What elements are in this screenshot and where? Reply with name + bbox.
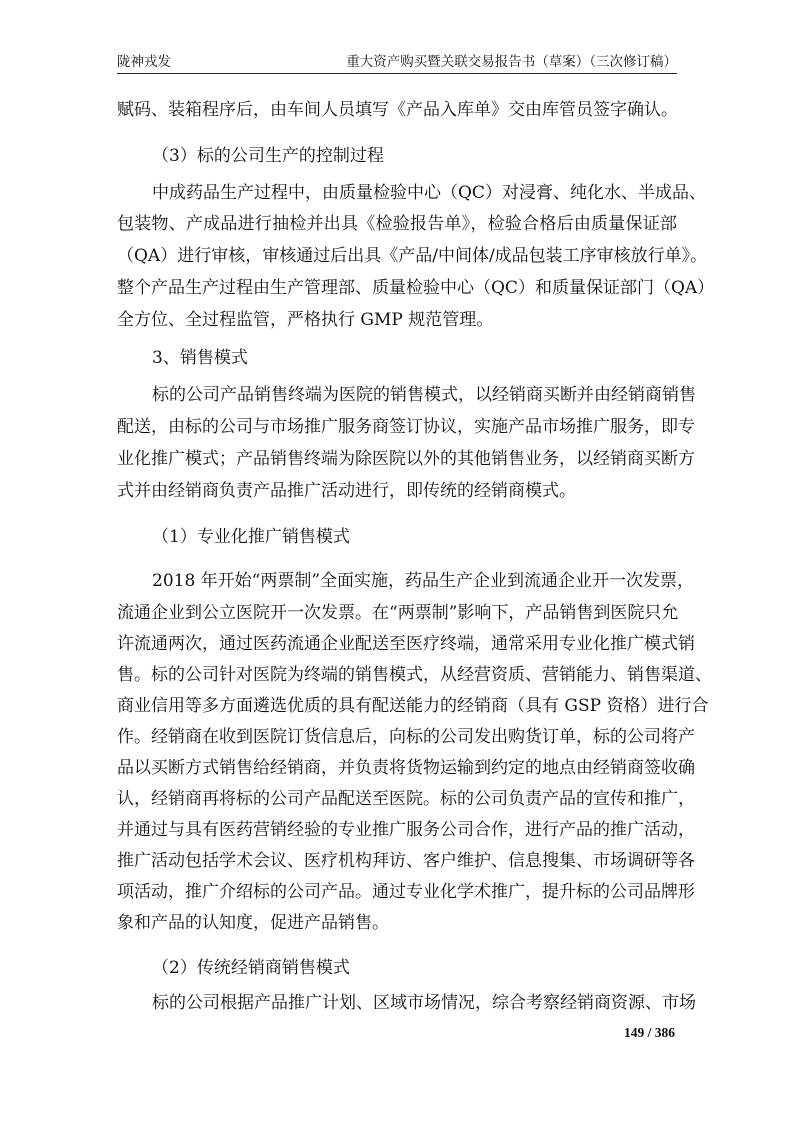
- text-line: 3、销售模式: [152, 348, 677, 368]
- page-header: 陇神戎发 重大资产购买暨关联交易报告书（草案）（三次修订稿）: [117, 53, 677, 74]
- text-line: 并通过与具有医药营销经验的专业推广服务公司合作，进行产品的推广活动，: [117, 820, 677, 840]
- header-document-title: 重大资产购买暨关联交易报告书（草案）（三次修订稿）: [346, 50, 677, 70]
- text-line: 项活动，推广介绍标的公司产品。通过专业化学术推广，提升标的公司品牌形: [117, 882, 677, 902]
- text-line: 全方位、全过程监管，严格执行 GMP 规范管理。: [117, 310, 677, 330]
- text-line: （1）专业化推广销售模式: [152, 527, 677, 547]
- text-line: 售。标的公司针对医院为终端的销售模式，从经营资质、营销能力、销售渠道、: [117, 665, 677, 685]
- text-line: 象和产品的认知度，促进产品销售。: [117, 913, 677, 933]
- text-line: 包装物、产成品进行抽检并出具《检验报告单》，检验合格后由质量保证部: [117, 214, 677, 234]
- page-number: 149 / 386: [624, 1025, 675, 1041]
- text-line: 式并由经销商负责产品推广活动进行，即传统的经销商模式。: [117, 481, 677, 501]
- text-line: 流通企业到公立医院开一次发票。在“两票制”影响下，产品销售到医院只允: [117, 603, 677, 623]
- text-line: 品以买断方式销售给经销商，并负责将货物运输到约定的地点由经销商签收确: [117, 758, 677, 778]
- text-line: （QA）进行审核，审核通过后出具《产品/中间体/成品包装工序审核放行单》。: [117, 246, 677, 266]
- text-line: 赋码、装箱程序后，由车间人员填写《产品入库单》交由库管员签字确认。: [117, 100, 677, 120]
- text-line: 推广活动包括学术会议、医疗机构拜访、客户维护、信息搜集、市场调研等各: [117, 851, 677, 871]
- header-company-name: 陇神戎发: [117, 50, 171, 70]
- text-line: 作。经销商在收到医院订货信息后，向标的公司发出购货订单，标的公司将产: [117, 727, 677, 747]
- text-line: 标的公司产品销售终端为医院的销售模式，以经销商买断并由经销商销售: [152, 385, 677, 405]
- text-line: 配送，由标的公司与市场推广服务商签订协议，实施产品市场推广服务，即专: [117, 417, 677, 437]
- text-line: 业化推广模式；产品销售终端为除医院以外的其他销售业务，以经销商买断方: [117, 449, 677, 469]
- text-line: 整个产品生产过程由生产管理部、质量检验中心（QC）和质量保证部门（QA）: [117, 278, 677, 298]
- text-line: 认，经销商再将标的公司产品配送至医院。标的公司负责产品的宣传和推广，: [117, 789, 677, 809]
- text-line: 许流通两次，通过医药流通企业配送至医疗终端，通常采用专业化推广模式销: [117, 634, 677, 654]
- text-line: 中成药品生产过程中，由质量检验中心（QC）对浸膏、纯化水、半成品、: [152, 183, 677, 203]
- text-line: 商业信用等多方面遴选优质的具有配送能力的经销商（具有 GSP 资格）进行合: [117, 696, 677, 716]
- text-line: 2018 年开始“两票制”全面实施，药品生产企业到流通企业开一次发票，: [152, 571, 677, 591]
- text-line: 标的公司根据产品推广计划、区域市场情况，综合考察经销商资源、市场: [152, 993, 677, 1013]
- text-line: （2）传统经销商销售模式: [152, 958, 677, 978]
- text-line: （3）标的公司生产的控制过程: [152, 146, 677, 166]
